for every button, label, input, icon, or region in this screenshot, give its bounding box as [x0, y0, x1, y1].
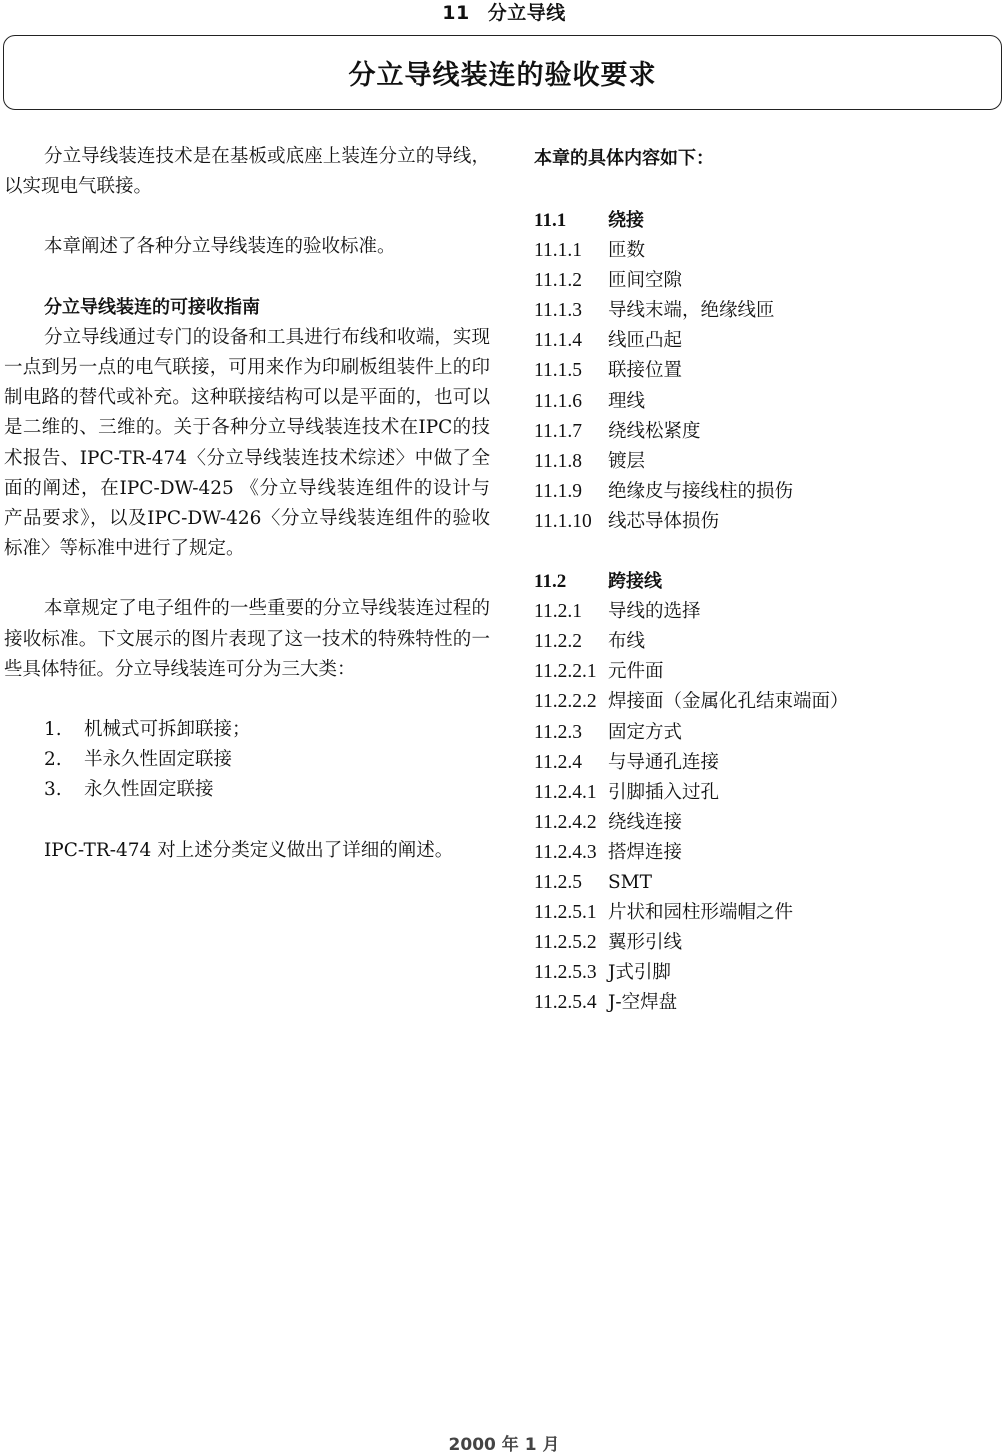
toc-item: 11.2.2.1元件面: [534, 657, 974, 687]
list-item: 3.永久性固定联接: [4, 775, 490, 805]
toc-item: 11.1.10线芯导体损伤: [534, 507, 974, 537]
toc-item: 11.2.5.2翼形引线: [534, 928, 974, 958]
toc-intro: 本章的具体内容如下：: [534, 144, 974, 174]
category-list: 1.机械式可拆卸联接； 2.半永久性固定联接 3.永久性固定联接: [4, 715, 490, 806]
toc-item: 11.2.5.3J式引脚: [534, 958, 974, 988]
guide-paragraph: 分立导线通过专门的设备和工具进行布线和收端，实现一点到另一点的电气联接，可用来作…: [4, 323, 490, 565]
toc-item: 11.1.1匝数: [534, 236, 974, 266]
left-column: 分立导线装连技术是在基板或底座上装连分立的导线，以实现电气联接。 本章阐述了各种…: [4, 142, 490, 866]
toc-item: 11.1.6理线: [534, 387, 974, 417]
running-head: 11分立导线: [0, 0, 1008, 30]
toc-item: 11.2.4.2绕线连接: [534, 808, 974, 838]
page-title: 分立导线装连的验收要求: [349, 53, 657, 92]
toc-item: 11.2.2.2焊接面（金属化孔结束端面）: [534, 687, 974, 717]
list-item: 2.半永久性固定联接: [4, 745, 490, 775]
table-of-contents: 本章的具体内容如下： 11.1 绕接 11.1.1匝数 11.1.2匝间空隙 1…: [534, 144, 974, 1018]
guide-heading: 分立导线装连的可接收指南: [4, 293, 490, 323]
intro-paragraph: 分立导线装连技术是在基板或底座上装连分立的导线，以实现电气联接。: [4, 142, 490, 202]
toc-item: 11.1.2匝间空隙: [534, 266, 974, 296]
criteria-paragraph: 本章规定了电子组件的一些重要的分立导线装连过程的接收标准。下文展示的图片表现了这…: [4, 594, 490, 685]
toc-item: 11.2.4.1引脚插入过孔: [534, 778, 974, 808]
scope-paragraph: 本章阐述了各种分立导线装连的验收标准。: [4, 232, 490, 262]
toc-item: 11.1.5联接位置: [534, 356, 974, 386]
toc-item: 11.1.8镀层: [534, 447, 974, 477]
toc-item: 11.2.5SMT: [534, 868, 974, 898]
toc-item: 11.2.2布线: [534, 627, 974, 657]
toc-section-heading: 11.2 跨接线: [534, 567, 974, 597]
toc-item: 11.1.9绝缘皮与接线柱的损伤: [534, 477, 974, 507]
toc-item: 11.2.1导线的选择: [534, 597, 974, 627]
toc-item: 11.2.4.3搭焊连接: [534, 838, 974, 868]
chapter-title: 分立导线: [488, 2, 566, 24]
toc-item: 11.2.5.1片状和园柱形端帽之件: [534, 898, 974, 928]
closing-paragraph: IPC-TR-474 对上述分类定义做出了详细的阐述。: [4, 836, 490, 866]
toc-section-heading: 11.1 绕接: [534, 206, 974, 236]
toc-item: 11.2.4与导通孔连接: [534, 748, 974, 778]
chapter-number: 11: [442, 2, 469, 24]
page-footer-date: 2000 年 1 月: [0, 1430, 1008, 1454]
toc-item: 11.1.4线匝凸起: [534, 326, 974, 356]
toc-item: 11.1.7绕线松紧度: [534, 417, 974, 447]
page-title-box: 分立导线装连的验收要求: [3, 35, 1002, 110]
toc-item: 11.2.5.4J-空焊盘: [534, 988, 974, 1018]
toc-item: 11.1.3导线末端，绝缘线匝: [534, 296, 974, 326]
toc-item: 11.2.3固定方式: [534, 718, 974, 748]
list-item: 1.机械式可拆卸联接；: [4, 715, 490, 745]
